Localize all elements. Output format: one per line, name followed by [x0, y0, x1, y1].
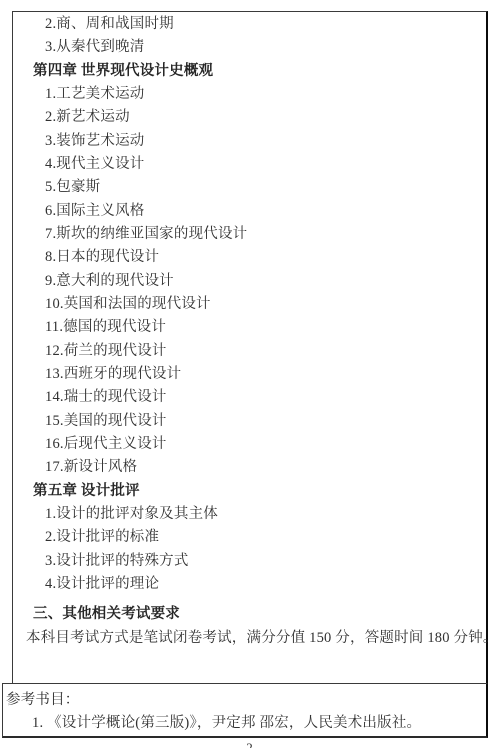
chapter-heading: 第四章 世界现代设计史概观 — [13, 60, 486, 83]
outline-item: 1.工艺美术运动 — [13, 83, 486, 106]
outline-item: 3.装饰艺术运动 — [13, 130, 486, 153]
outline-item: 13.西班牙的现代设计 — [13, 363, 486, 386]
exam-outline-box: 2.商、周和战国时期 3.从秦代到晚清 第四章 世界现代设计史概观 1.工艺美术… — [12, 11, 488, 683]
outline-item: 1.设计的批评对象及其主体 — [13, 503, 486, 526]
outline-item: 16.后现代主义设计 — [13, 433, 486, 456]
document-page: 2.商、周和战国时期 3.从秦代到晚清 第四章 世界现代设计史概观 1.工艺美术… — [0, 0, 499, 748]
references-title: 参考书目： — [3, 689, 486, 712]
page-number: 2 — [0, 740, 499, 748]
outline-item: 8.日本的现代设计 — [13, 246, 486, 269]
outline-item: 17.新设计风格 — [13, 456, 486, 479]
outline-item: 7.斯坎的纳维亚国家的现代设计 — [13, 223, 486, 246]
outline-item: 2.新艺术运动 — [13, 106, 486, 129]
reference-item: 1. 《设计学概论(第三版)》，尹定邦 邵宏，人民美术出版社。 — [3, 712, 486, 735]
outline-item: 2.设计批评的标准 — [13, 526, 486, 549]
outline-item: 2.商、周和战国时期 — [13, 13, 486, 36]
exam-requirements-body: 本科目考试方式是笔试闭卷考试，满分分值 150 分，答题时间 180 分钟。 — [13, 627, 486, 650]
outline-item: 4.设计批评的理论 — [13, 573, 486, 596]
outline-item: 3.设计批评的特殊方式 — [13, 550, 486, 573]
references-box: 参考书目： 1. 《设计学概论(第三版)》，尹定邦 邵宏，人民美术出版社。 — [2, 683, 488, 738]
outline-item: 6.国际主义风格 — [13, 200, 486, 223]
outline-item: 9.意大利的现代设计 — [13, 270, 486, 293]
outline-item: 14.瑞士的现代设计 — [13, 386, 486, 409]
outline-item: 10.英国和法国的现代设计 — [13, 293, 486, 316]
outline-item: 11.德国的现代设计 — [13, 316, 486, 339]
outline-item: 5.包豪斯 — [13, 176, 486, 199]
outline-item: 3.从秦代到晚清 — [13, 36, 486, 59]
chapter-heading: 第五章 设计批评 — [13, 480, 486, 503]
outline-item: 15.美国的现代设计 — [13, 410, 486, 433]
outline-item: 4.现代主义设计 — [13, 153, 486, 176]
outline-item: 12.荷兰的现代设计 — [13, 340, 486, 363]
section-heading-other-exam-requirements: 三、其他相关考试要求 — [13, 603, 486, 626]
